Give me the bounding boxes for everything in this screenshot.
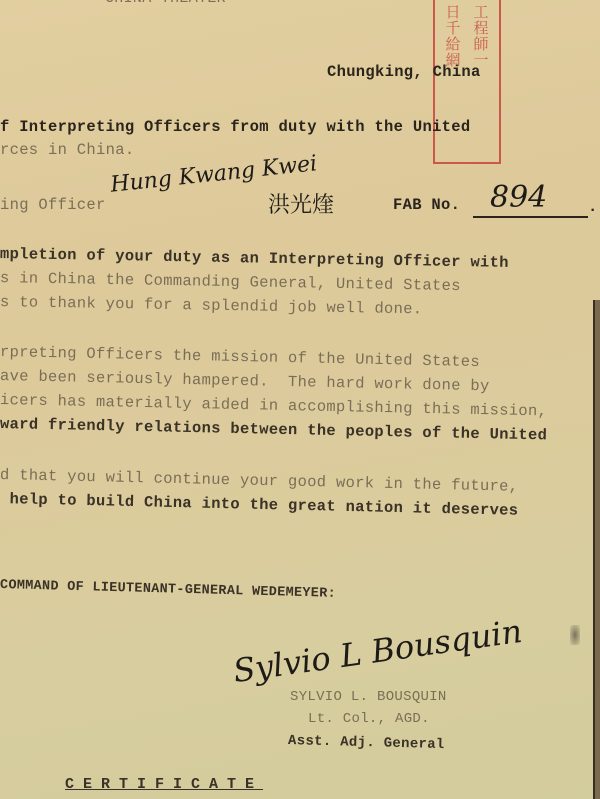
signatory-name: SYLVIO L. BOUSQUIN [290, 689, 447, 705]
paragraph-1-line-3: s to thank you for a splendid job well d… [0, 293, 423, 318]
subject-line-1: f Interpreting Officers from duty with t… [0, 118, 470, 136]
frame-outside [595, 300, 600, 799]
paragraph-2-line-1: rpreting Officers the mission of the Uni… [0, 343, 480, 371]
frame-edge [593, 300, 595, 799]
fab-label: FAB No. [393, 196, 460, 214]
signature-handwritten: Sylvio L Bousquin [231, 612, 525, 690]
paragraph-1-line-1: mpletion of your duty as an Interpreting… [0, 245, 509, 272]
ink-smudge [570, 625, 580, 645]
header-fragment: CHINA THEATER [105, 0, 226, 7]
fab-period: . [588, 198, 598, 216]
location-line: Chungking, China [327, 63, 481, 81]
document-page: CHINA THEATER 日千給網 工程師一 Chungking, China… [0, 0, 600, 799]
signatory-rank: Lt. Col., AGD. [308, 711, 430, 727]
fab-number-underline [473, 216, 588, 218]
recipient-label: ing Officer [0, 196, 106, 214]
subject-line-2: rces in China. [0, 141, 134, 159]
command-line: COMMAND OF LIEUTENANT-GENERAL WEDEMEYER: [0, 578, 336, 602]
recipient-name-chinese: 洪光煃 [268, 188, 334, 219]
paragraph-3-line-2: help to build China into the great natio… [0, 490, 519, 520]
certificate-heading: CERTIFICATE [65, 776, 263, 793]
fab-number: 894 [490, 180, 547, 215]
paragraph-1-line-2: s in China the Commanding General, Unite… [0, 269, 461, 295]
paragraph-2-line-2: ave been seriously hampered. The hard wo… [0, 367, 490, 395]
paragraph-2-line-4: ward friendly relations between the peop… [0, 415, 547, 444]
red-seal-stamp: 日千給網 工程師一 [433, 0, 501, 164]
signatory-title: Asst. Adj. General [288, 733, 445, 753]
